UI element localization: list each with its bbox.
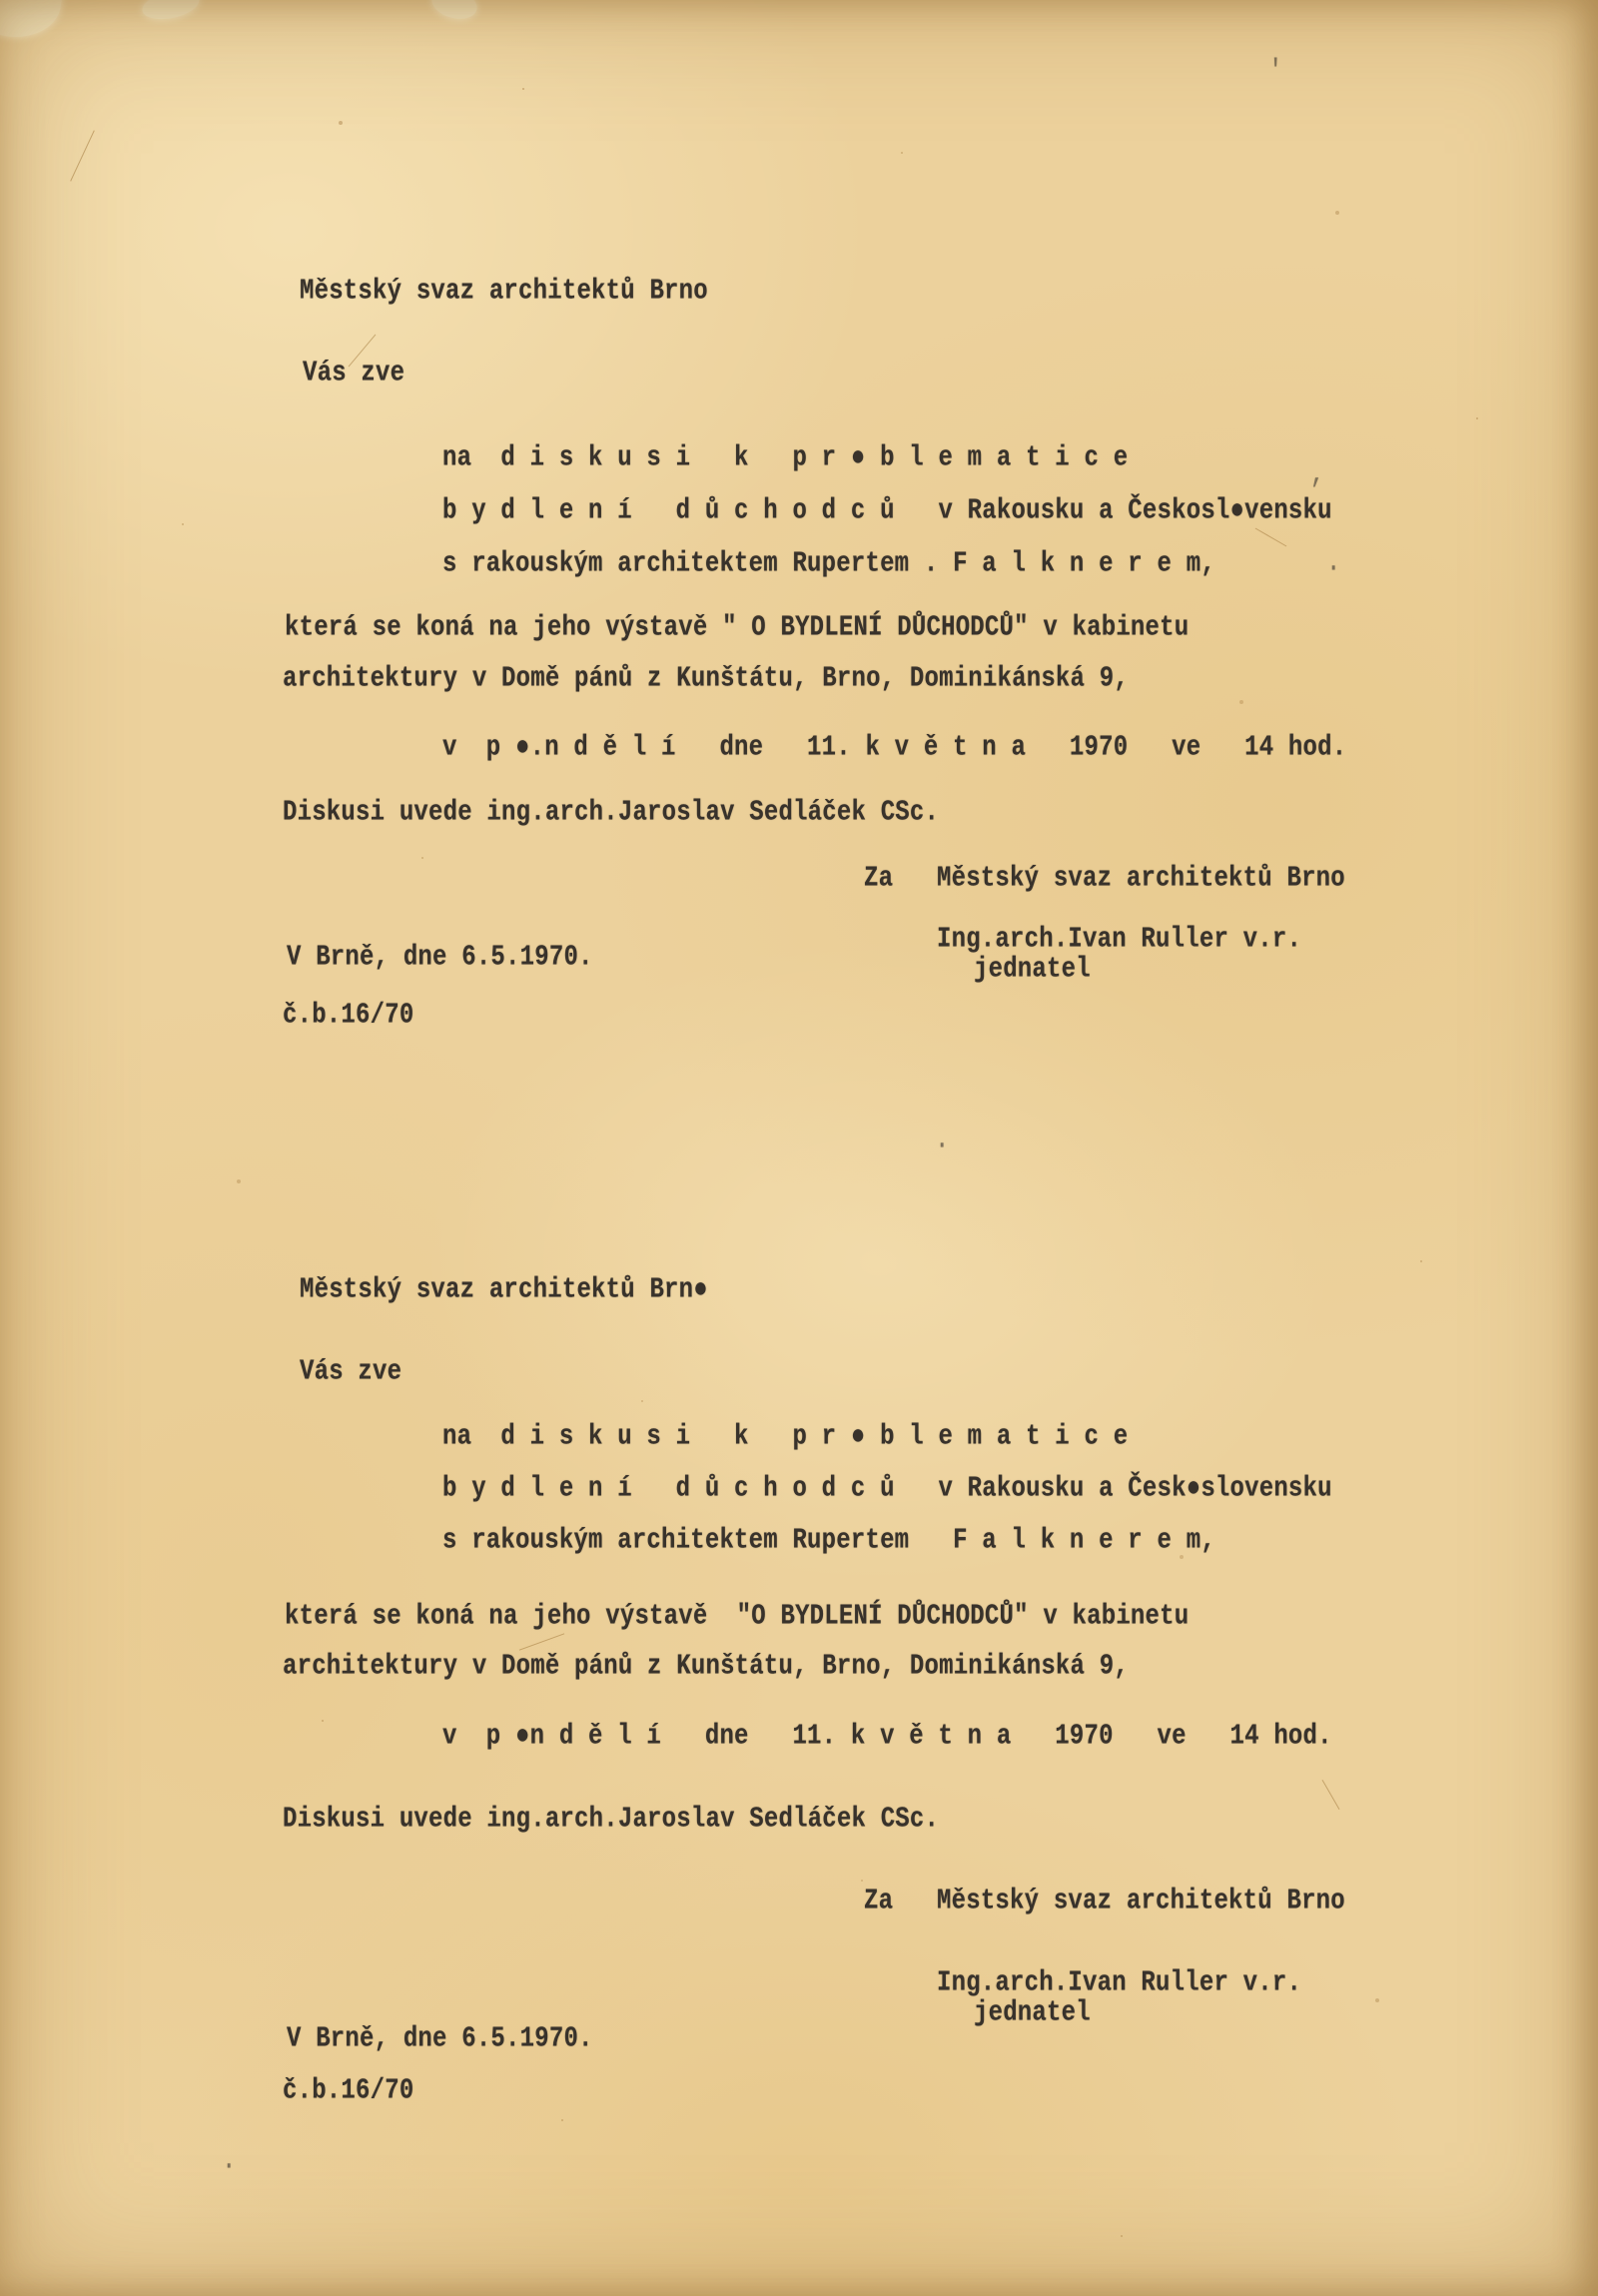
ref-number-line: č.b.16/70 xyxy=(283,1002,413,1031)
scanned-letter-page: Městský svaz architektů Brno Vás zve na … xyxy=(0,0,1598,2296)
place-date-line: V Brně, dne 6.5.1970. xyxy=(287,944,593,973)
venue-line-1: která se koná na jeho výstavě " O BYDLEN… xyxy=(285,614,1189,643)
signatory-line: Ing.arch.Ivan Ruller v.r. xyxy=(937,926,1301,955)
paper-tear-top xyxy=(140,0,202,24)
invite-line: Vás zve xyxy=(303,360,404,388)
venue-line-2: architektury v Domě pánů z Kunštátu, Brn… xyxy=(283,1653,1129,1682)
topic-line-1: na d i s k u s i k p r ● b l e m a t i c… xyxy=(442,1423,1128,1452)
signatory-title-line: jednatel xyxy=(974,956,1091,985)
stray-ink-mark: · xyxy=(1326,555,1341,584)
stray-ink-mark: ' xyxy=(1268,58,1283,87)
org-name-line: Městský svaz architektů Brno xyxy=(300,278,708,307)
paper-tear-corner xyxy=(0,0,64,43)
topic-line-2: b y d l e n í d ů c h o d c ů v Rakousku… xyxy=(442,497,1332,526)
topic-line-3: s rakouským architektem Rupertem . F a l… xyxy=(442,550,1215,579)
paper-fiber xyxy=(70,130,95,181)
paper-fiber xyxy=(1255,528,1287,547)
venue-line-1: která se koná na jeho výstavě "O BYDLENÍ… xyxy=(285,1603,1189,1632)
venue-line-2: architektury v Domě pánů z Kunštátu, Brn… xyxy=(283,665,1129,694)
ref-number-line: č.b.16/70 xyxy=(283,2077,413,2106)
paper-fiber xyxy=(1322,1780,1340,1810)
place-date-line: V Brně, dne 6.5.1970. xyxy=(287,2025,593,2054)
signatory-title-line: jednatel xyxy=(974,1999,1091,2028)
invite-line: Vás zve xyxy=(300,1358,401,1387)
topic-line-2: b y d l e n í d ů c h o d c ů v Rakousku… xyxy=(442,1475,1332,1504)
topic-line-1: na d i s k u s i k p r ● b l e m a t i c… xyxy=(442,444,1128,473)
stray-ink-mark: . xyxy=(222,2147,237,2176)
moderator-line: Diskusi uvede ing.arch.Jaroslav Sedláček… xyxy=(283,1806,939,1835)
za-org-line: Za Městský svaz architektů Brno xyxy=(864,1888,1345,1916)
stray-ink-mark: . xyxy=(935,1127,950,1155)
datetime-line: v p ●n d ě l í dne 11. k v ě t n a 1970 … xyxy=(442,1723,1332,1752)
paper-vignette xyxy=(0,0,1598,2296)
topic-line-3: s rakouským architektem Rupertem F a l k… xyxy=(442,1527,1215,1556)
paper-fiber xyxy=(519,1633,564,1650)
paper-tear-top xyxy=(428,0,480,23)
moderator-line: Diskusi uvede ing.arch.Jaroslav Sedláček… xyxy=(283,799,939,828)
org-name-line: Městský svaz architektů Brn● xyxy=(300,1276,708,1305)
datetime-line: v p ●.n d ě l í dne 11. k v ě t n a 1970… xyxy=(442,734,1346,763)
signatory-line: Ing.arch.Ivan Ruller v.r. xyxy=(937,1969,1301,1998)
stray-ink-mark: , xyxy=(1310,461,1325,490)
za-org-line: Za Městský svaz architektů Brno xyxy=(864,865,1345,894)
